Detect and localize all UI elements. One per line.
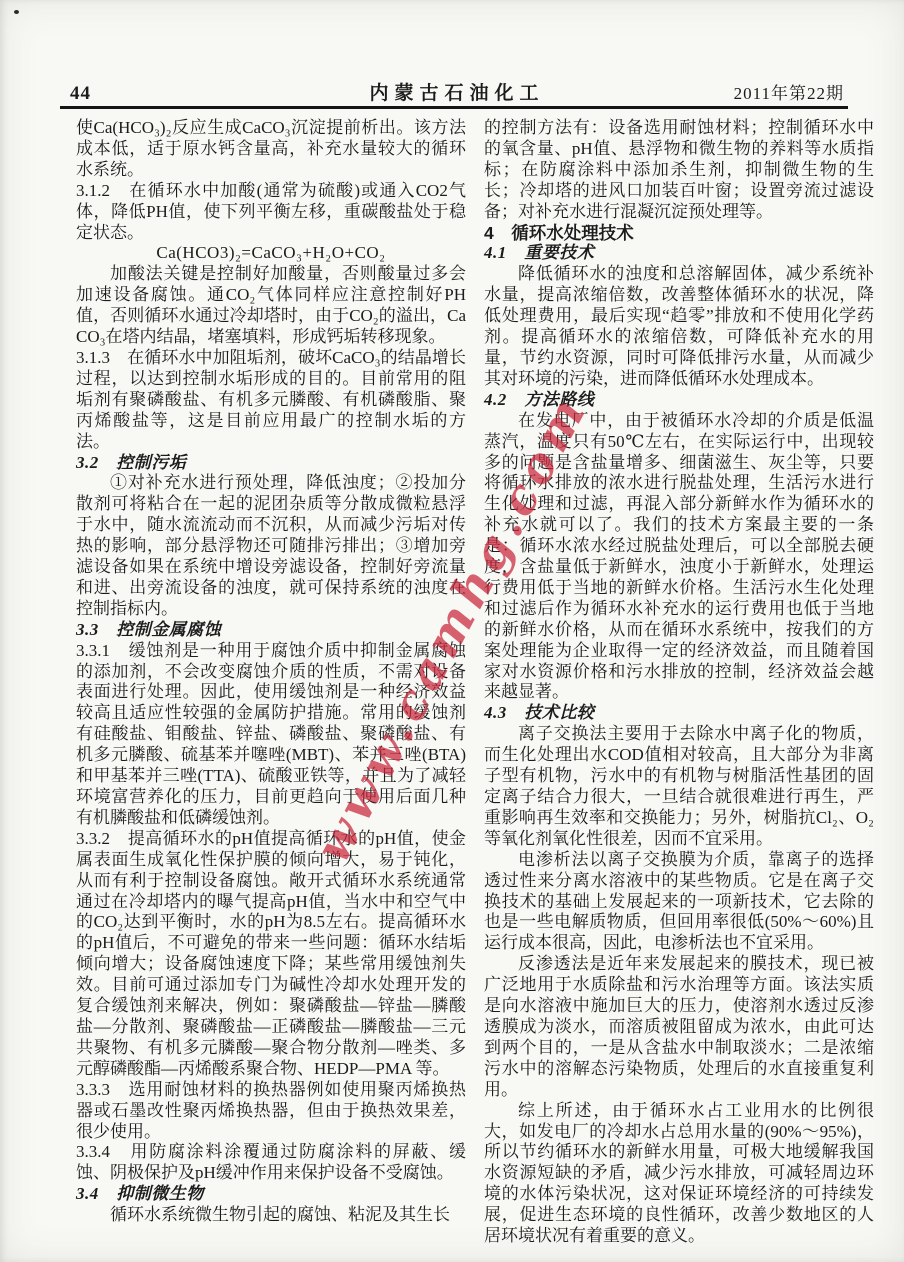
journal-title: 内蒙古石油化工 [369,78,544,105]
section-heading: 3.3 控制金属腐蚀 [76,620,466,641]
body-paragraph: ①对补充水进行预处理，降低浊度；②投加分散剂可将粘合在一起的泥团杂质等分散成微粒… [76,473,466,619]
section-heading: 3.4 抑制微生物 [76,1184,466,1205]
header-rule [60,106,848,109]
section-heading: 4.2 方法路线 [484,390,874,411]
document-page: 44 内蒙古石油化工 2011年第22期 使Ca(HCO₃)₂反应生成CaCO₃… [0,0,904,1262]
page-header: 44 内蒙古石油化工 2011年第22期 [70,78,844,105]
issue-label: 2011年第22期 [734,79,844,104]
left-column: 使Ca(HCO₃)₂反应生成CaCO₃沉淀提前析出。该方法成本低，适于原水钙含量… [76,118,466,1247]
body-paragraph: 离子交换法主要用于去除水中离子化的物质，而生化处理出水COD值相对较高，且大部分… [484,724,874,849]
continued-paragraph: 的控制方法有：设备选用耐蚀材料；控制循环水中的氧含量、pH值、悬浮物和微生物的养… [484,118,874,223]
body-paragraph: 循环水系统微生物引起的腐蚀、粘泥及其生长 [76,1205,466,1226]
numbered-section-paragraph: 3.3.3 选用耐蚀材料的换热器例如使用聚丙烯换热器或石墨改性聚丙烯换热器，但由… [76,1080,466,1143]
chapter-heading: 4 循环水处理技术 [484,223,874,244]
chemical-formula: Ca(HCO3)₂=CaCO₃+H₂O+CO₂ [76,243,466,264]
body-paragraph: 在发电厂中，由于被循环水冷却的介质是低温蒸汽，温度只有50℃左右，在实际运行中，… [484,411,874,704]
body-paragraph: 电渗析法以离子交换膜为介质，靠离子的选择透过性来分离水溶液中的某些物质。它是在离… [484,850,874,955]
section-heading: 3.2 控制污垢 [76,453,466,474]
numbered-section-paragraph: 3.3.1 缓蚀剂是一种用于腐蚀介质中抑制金属腐蚀的添加剂，不会改变腐蚀介质的性… [76,641,466,829]
right-column: 的控制方法有：设备选用耐蚀材料；控制循环水中的氧含量、pH值、悬浮物和微生物的养… [484,118,874,1247]
section-heading: 4.1 重要技术 [484,243,874,264]
body-paragraph: 综上所述，由于循环水占工业用水的比例很大，如发电厂的冷却水占总用水量的(90%～… [484,1101,874,1247]
numbered-section-paragraph: 3.1.2 在循环水中加酸(通常为硫酸)或通入CO2气体，降低PH值，使下列平衡… [76,181,466,244]
numbered-section-paragraph: 3.3.4 用防腐涂料涂覆通过防腐涂料的屏蔽、缓蚀、阴极保护及pH缓冲作用来保护… [76,1142,466,1184]
body-paragraph: 降低循环水的浊度和总溶解固体，减少系统补水量，提高浓缩倍数，改善整体循环水的状况… [484,264,874,389]
article-body: 使Ca(HCO₃)₂反应生成CaCO₃沉淀提前析出。该方法成本低，适于原水钙含量… [76,118,874,1247]
body-paragraph: 反渗透法是近年来发展起来的膜技术，现已被广泛地用于水质除盐和污水治理等方面。该法… [484,954,874,1100]
body-paragraph: 加酸法关键是控制好加酸量，否则酸量过多会加速设备腐蚀。通CO₂气体同样应注意控制… [76,264,466,348]
section-heading: 4.3 技术比较 [484,703,874,724]
numbered-section-paragraph: 3.3.2 提高循环水的pH值提高循环水的pH值，使金属表面生成氧化性保护膜的倾… [76,829,466,1080]
page-number: 44 [70,83,91,105]
numbered-section-paragraph: 3.1.3 在循环水中加阻垢剂，破坏CaCO₃的结晶增长过程，以达到控制水垢形成… [76,348,466,453]
scan-speck [14,10,19,14]
continued-paragraph: 使Ca(HCO₃)₂反应生成CaCO₃沉淀提前析出。该方法成本低，适于原水钙含量… [76,118,466,181]
